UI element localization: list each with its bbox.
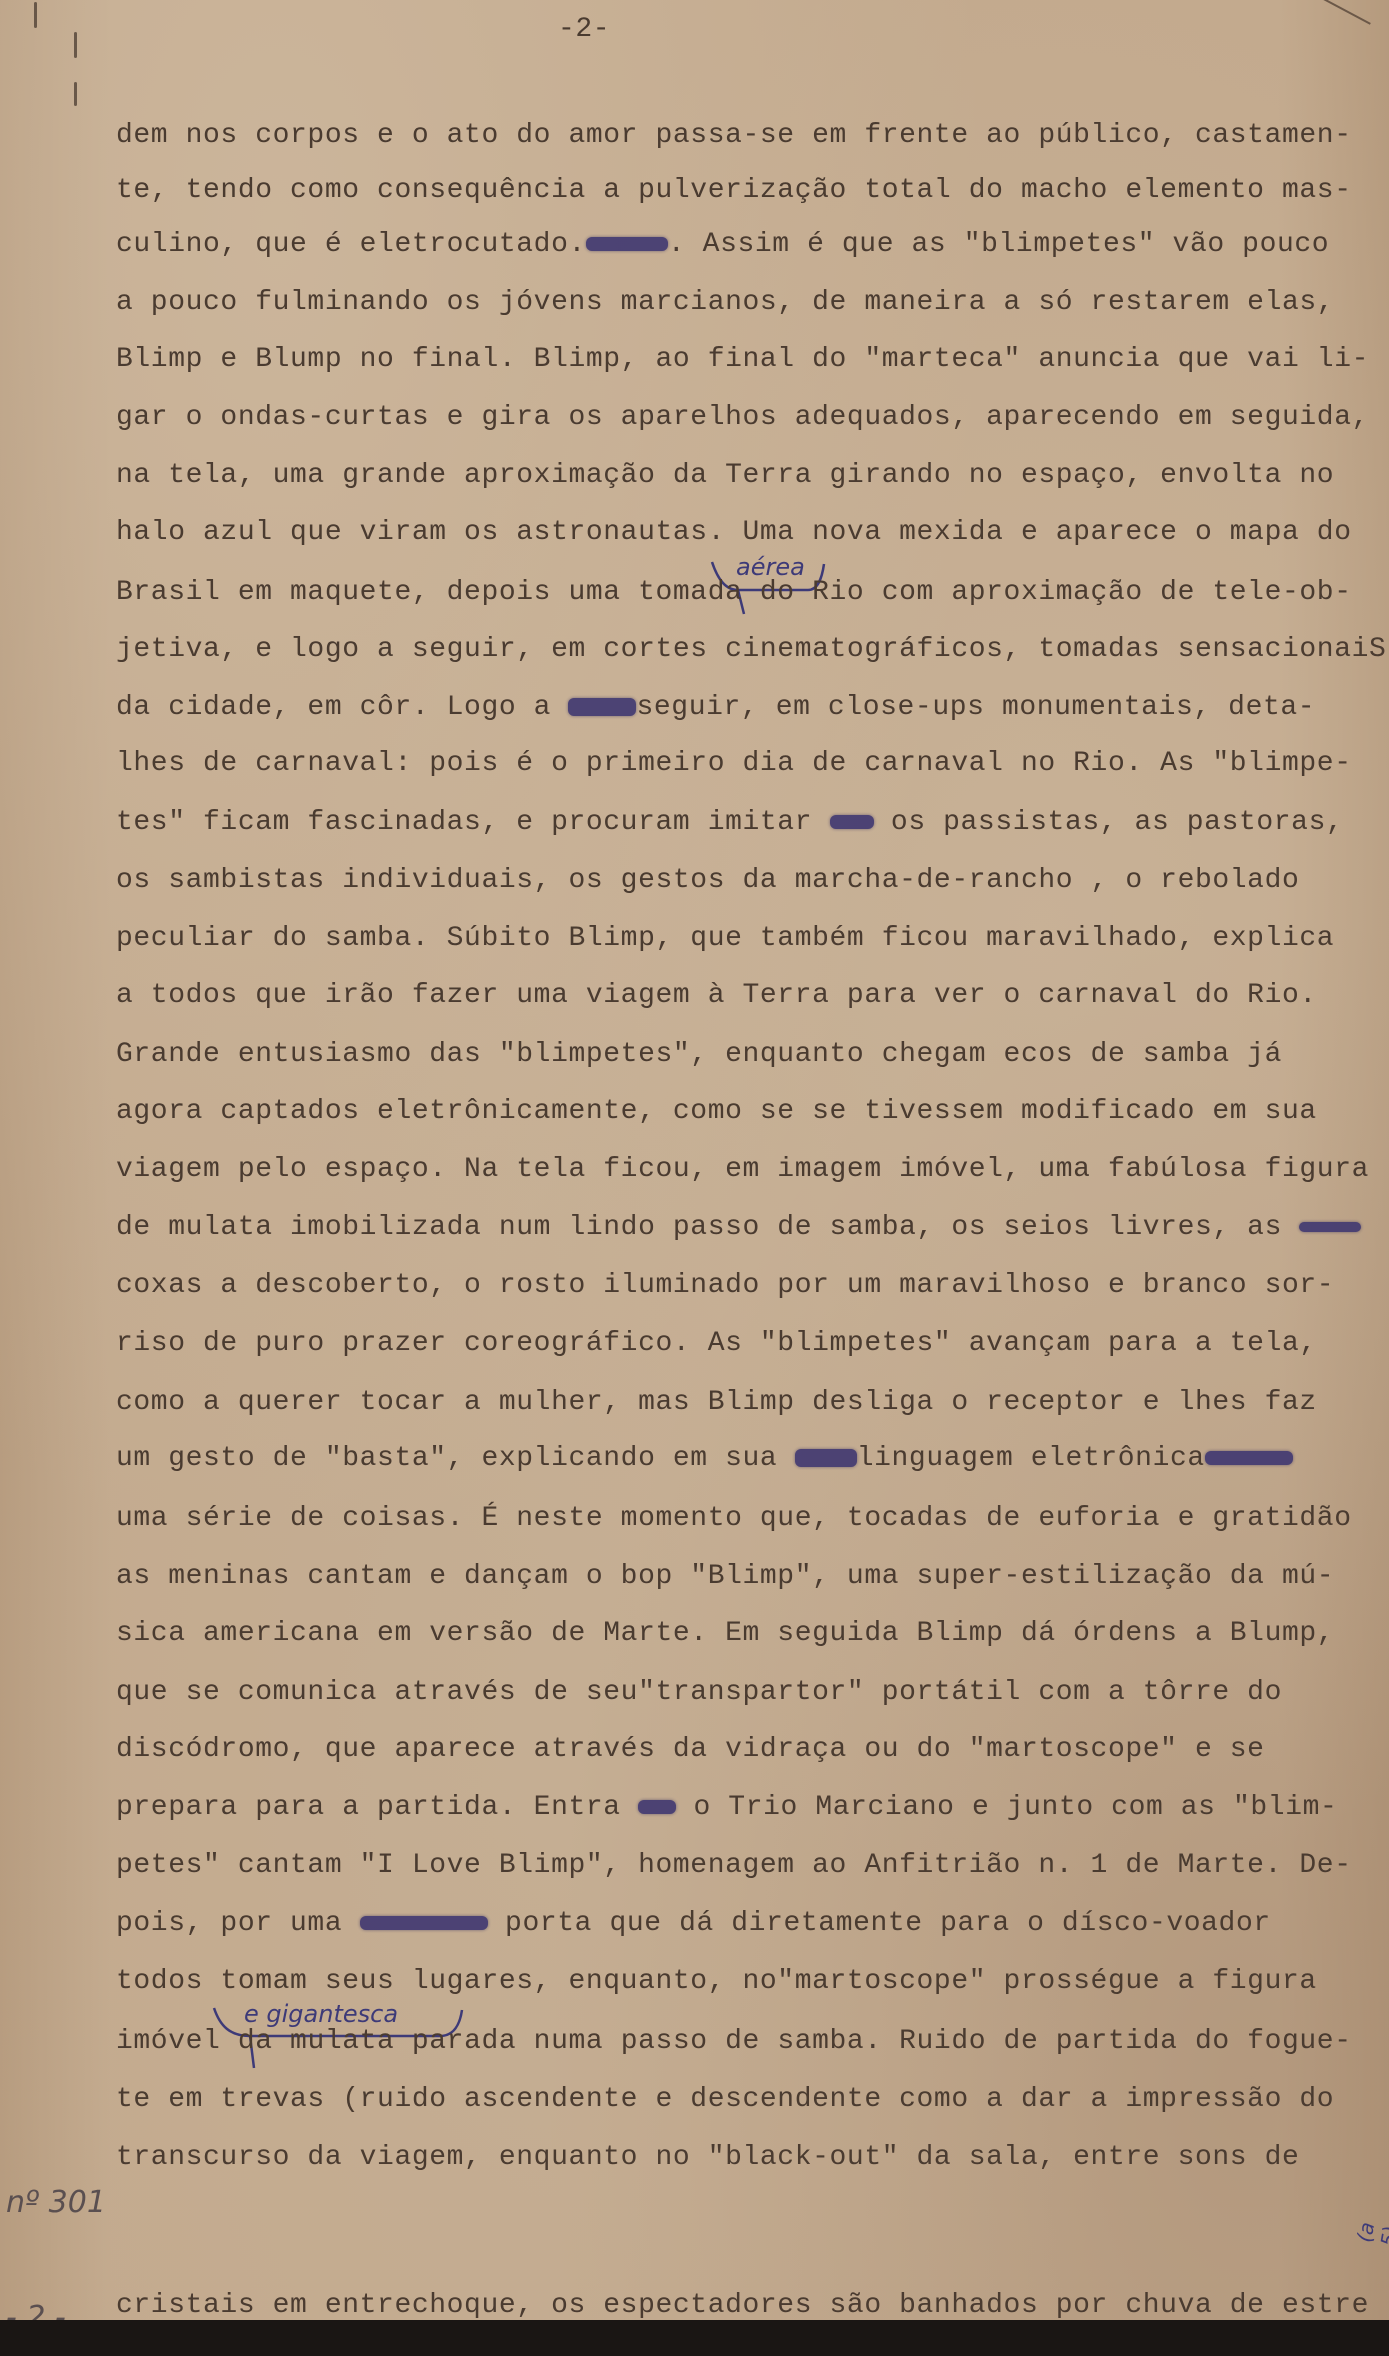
text-line: viagem pelo espaço. Na tela ficou, em im…: [116, 1154, 1369, 1185]
text-line: a pouco fulminando os jóvens marcianos, …: [116, 287, 1334, 318]
text-line: a todos que irão fazer uma viagem à Terr…: [116, 980, 1317, 1011]
margin-note-right: (a 5): [1352, 2204, 1389, 2249]
ink-strikeout: [795, 1449, 857, 1467]
margin-note-number: nº 301: [6, 2185, 106, 2220]
text-segment: os passistas, as pastoras,: [874, 807, 1344, 838]
text-line: sica americana em versão de Marte. Em se…: [116, 1618, 1334, 1649]
margin-mark: [74, 82, 77, 106]
document-page: -2- dem nos corpos e o ato do amor passa…: [0, 0, 1389, 2320]
text-line: halo azul que viram os astronautas. Uma …: [116, 517, 1352, 548]
text-segment: um gesto de "basta", explicando em sua: [116, 1443, 795, 1474]
ink-strikeout: [586, 237, 668, 251]
text-segment: prepara para a partida. Entra: [116, 1792, 638, 1823]
text-line: da cidade, em côr. Logo a seguir, em clo…: [116, 692, 1315, 723]
text-line: discódromo, que aparece através da vidra…: [116, 1734, 1265, 1765]
text-segment: porta que dá diretamente para o dísco-vo…: [488, 1908, 1271, 1939]
text-line: culino, que é eletrocutado.. Assim é que…: [116, 229, 1329, 260]
text-line: gar o ondas-curtas e gira os aparelhos a…: [116, 402, 1369, 433]
text-line: uma série de coisas. É neste momento que…: [116, 1503, 1352, 1534]
text-line: te, tendo como consequência a pulverizaç…: [116, 175, 1352, 206]
scan-edge: [0, 2320, 1389, 2356]
ink-strikeout: [360, 1916, 488, 1930]
text-line: as meninas cantam e dançam o bop "Blimp"…: [116, 1561, 1334, 1592]
text-segment: o Trio Marciano e junto com as "blim-: [676, 1792, 1337, 1823]
text-line: Brasil em maquete, depois uma tomada do …: [116, 577, 1352, 608]
text-segment: seguir, em close-ups monumentais, deta-: [636, 692, 1315, 723]
ink-strikeout: [638, 1800, 676, 1814]
text-line: como a querer tocar a mulher, mas Blimp …: [116, 1387, 1317, 1418]
text-line: tes" ficam fascinadas, e procuram imitar…: [116, 807, 1343, 838]
text-line: peculiar do samba. Súbito Blimp, que tam…: [116, 923, 1334, 954]
text-line: jetiva, e logo a seguir, em cortes cinem…: [116, 634, 1386, 665]
page-number: -2-: [558, 14, 610, 45]
margin-note-page: - 2 -: [6, 2300, 66, 2320]
text-line: riso de puro prazer coreográfico. As "bl…: [116, 1328, 1317, 1359]
text-line: de mulata imobilizada num lindo passo de…: [116, 1212, 1361, 1243]
text-segment: da mulata parada numa passo de samba. Ru…: [238, 2026, 1352, 2057]
text-line: petes" cantam "I Love Blimp", homenagem …: [116, 1850, 1352, 1881]
ink-strikeout: [1205, 1451, 1293, 1465]
ink-strikeout: [1299, 1222, 1361, 1232]
text-line: lhes de carnaval: pois é o primeiro dia …: [116, 748, 1352, 779]
text-line: transcurso da viagem, enquanto no "black…: [116, 2142, 1299, 2173]
ink-strikeout: [568, 698, 636, 716]
margin-mark: [34, 2, 37, 28]
text-line: todos tomam seus lugares, enquanto, no"m…: [116, 1966, 1317, 1997]
text-line: prepara para a partida. Entra o Trio Mar…: [116, 1792, 1337, 1823]
text-segment: . Assim é que as "blimpetes" vão pouco: [668, 229, 1329, 260]
text-segment: tes" ficam fascinadas, e procuram imitar: [116, 807, 830, 838]
text-segment: culino, que é eletrocutado.: [116, 229, 586, 260]
text-line: que se comunica através de seu"transpart…: [116, 1677, 1282, 1708]
text-line: pois, por uma porta que dá diretamente p…: [116, 1908, 1271, 1939]
text-line: Blimp e Blump no final. Blimp, ao final …: [116, 344, 1369, 375]
text-line: dem nos corpos e o ato do amor passa-se …: [116, 120, 1352, 151]
text-line: coxas a descoberto, o rosto iluminado po…: [116, 1270, 1334, 1301]
text-line: te em trevas (ruido ascendente e descend…: [116, 2084, 1334, 2115]
text-line: na tela, uma grande aproximação da Terra…: [116, 460, 1334, 491]
margin-mark: [74, 32, 77, 58]
text-segment: imóvel: [116, 2026, 220, 2057]
ink-strikeout: [830, 815, 874, 829]
text-segment: pois, por uma: [116, 1908, 360, 1939]
text-segment: de mulata imobilizada num lindo passo de…: [116, 1212, 1299, 1243]
text-line: um gesto de "basta", explicando em sua l…: [116, 1443, 1293, 1474]
text-line: os sambistas individuais, os gestos da m…: [116, 865, 1299, 896]
text-segment: linguagem eletrônica: [857, 1443, 1205, 1474]
text-line: agora captados eletrônicamente, como se …: [116, 1096, 1317, 1127]
text-segment: da cidade, em côr. Logo a: [116, 692, 568, 723]
text-line: Grande entusiasmo das "blimpetes", enqua…: [116, 1039, 1282, 1070]
text-line: cristais em entrechoque, os espectadores…: [116, 2290, 1369, 2320]
folded-corner: [1246, 0, 1389, 25]
text-line: imóvel da mulata parada numa passo de sa…: [116, 2026, 1352, 2057]
